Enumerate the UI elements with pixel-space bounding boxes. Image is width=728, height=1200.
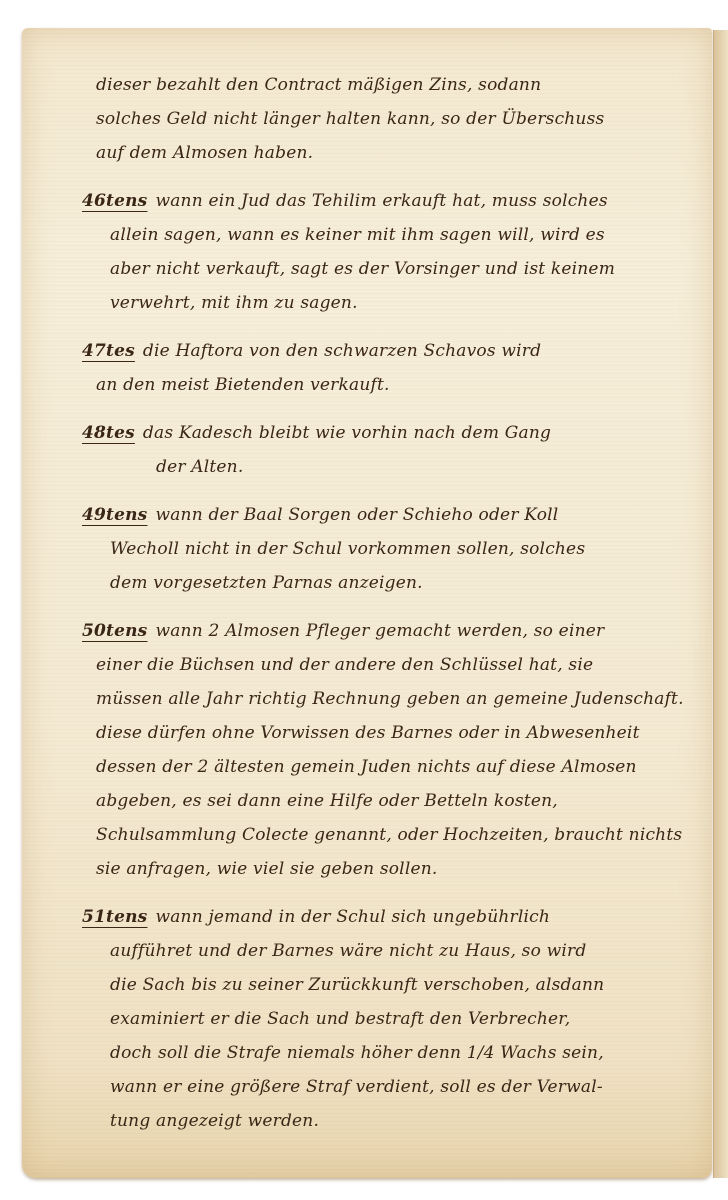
entry-number: 47tes [82,334,135,368]
text-line: aber nicht verkauft, sagt es der Vorsing… [96,252,716,286]
manuscript-text: dieser bezahlt den Contract mäßigen Zins… [96,68,716,1138]
text-line: dieser bezahlt den Contract mäßigen Zins… [96,68,716,102]
text-line: verwehrt, mit ihm zu sagen. [96,286,716,320]
text-line: abgeben, es sei dann eine Hilfe oder Bet… [96,784,716,818]
text-line: solches Geld nicht länger halten kann, s… [96,102,716,136]
text-line: Schulsammlung Colecte genannt, oder Hoch… [96,818,716,852]
text-line: wann der Baal Sorgen oder Schieho oder K… [155,505,558,525]
adjacent-page-edge [713,30,728,1178]
text-line: müssen alle Jahr richtig Rechnung geben … [96,682,716,716]
text-line: examiniert er die Sach und bestraft den … [96,1002,716,1036]
text-line: allein sagen, wann es keiner mit ihm sag… [96,218,716,252]
text-line: wann 2 Almosen Pfleger gemacht werden, s… [155,621,604,641]
entry-number: 49tens [82,498,147,532]
entry-48: 48tesdas Kadesch bleibt wie vorhin nach … [96,416,716,484]
text-line: wann ein Jud das Tehilim erkauft hat, mu… [155,191,607,211]
entry-50: 50tenswann 2 Almosen Pfleger gemacht wer… [96,614,716,886]
entry-number: 48tes [82,416,135,450]
text-line: Wecholl nicht in der Schul vorkommen sol… [96,532,716,566]
text-line: tung angezeigt werden. [96,1104,716,1138]
text-line: an den meist Bietenden verkauft. [96,368,716,402]
entry-47: 47tesdie Haftora von den schwarzen Schav… [96,334,716,402]
text-line: diese dürfen ohne Vorwissen des Barnes o… [96,716,716,750]
entry-number: 46tens [82,184,147,218]
entry-51: 51tenswann jemand in der Schul sich unge… [96,900,716,1138]
continuation-paragraph: dieser bezahlt den Contract mäßigen Zins… [96,68,716,170]
text-line: wann er eine größere Straf verdient, sol… [96,1070,716,1104]
text-line: dem vorgesetzten Parnas anzeigen. [96,566,716,600]
entry-number: 51tens [82,900,147,934]
text-line: aufführet und der Barnes wäre nicht zu H… [96,934,716,968]
text-line: der Alten. [96,450,716,484]
entry-49: 49tenswann der Baal Sorgen oder Schieho … [96,498,716,600]
text-line: auf dem Almosen haben. [96,136,716,170]
entry-46: 46tenswann ein Jud das Tehilim erkauft h… [96,184,716,320]
text-line: die Sach bis zu seiner Zurückkunft versc… [96,968,716,1002]
text-line: einer die Büchsen und der andere den Sch… [96,648,716,682]
text-line: doch soll die Strafe niemals höher denn … [96,1036,716,1070]
text-line: dessen der 2 ältesten gemein Juden nicht… [96,750,716,784]
manuscript-page: dieser bezahlt den Contract mäßigen Zins… [22,28,712,1178]
text-line: die Haftora von den schwarzen Schavos wi… [143,341,541,361]
text-line: sie anfragen, wie viel sie geben sollen. [96,852,716,886]
text-line: wann jemand in der Schul sich ungebührli… [155,907,550,927]
text-line: das Kadesch bleibt wie vorhin nach dem G… [143,423,551,443]
entry-number: 50tens [82,614,147,648]
